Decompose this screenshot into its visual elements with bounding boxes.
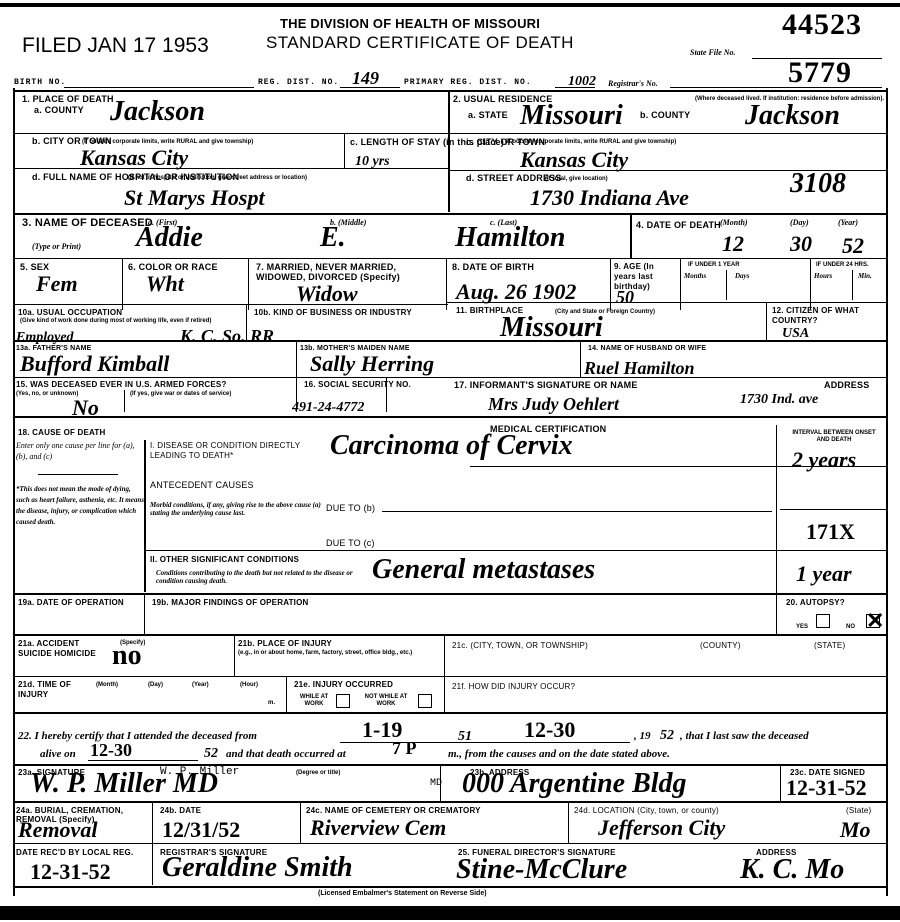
not-at-work-checkbox[interactable] bbox=[418, 694, 432, 708]
death-city: Kansas City bbox=[80, 146, 188, 170]
race: Wht bbox=[146, 272, 184, 296]
occupation-label: 10a. USUAL OCCUPATION bbox=[18, 308, 122, 318]
injury-state-label: (STATE) bbox=[814, 641, 845, 651]
residence-city-note: (If outside corporate limits, write RURA… bbox=[505, 139, 676, 146]
informant-label: 17. INFORMANT'S SIGNATURE OR NAME bbox=[454, 380, 638, 390]
autopsy-label: 20. AUTOPSY? bbox=[786, 598, 845, 608]
autopsy-no-label: NO bbox=[846, 624, 855, 631]
months-label: Months bbox=[684, 272, 706, 281]
citizen: USA bbox=[782, 322, 809, 346]
under-24-hrs-label: IF UNDER 24 HRS. bbox=[816, 262, 869, 269]
not-at-work-label: NOT WHILE AT WORK bbox=[360, 694, 412, 708]
certify-line-2b: and that death occurred at bbox=[226, 748, 346, 760]
residence-city: Kansas City bbox=[520, 148, 628, 172]
other-conditions: General metastases bbox=[372, 558, 595, 582]
burial-location: Jefferson City bbox=[598, 816, 725, 840]
agency-title: THE DIVISION OF HEALTH OF MISSOURI bbox=[280, 16, 540, 31]
reg-dist-no-label: REG. DIST. NO. bbox=[258, 78, 339, 87]
death-year: 52 bbox=[842, 234, 864, 258]
typed-degree: MD bbox=[430, 778, 442, 789]
place-of-death-label: 1. PLACE OF DEATH bbox=[22, 94, 114, 104]
father-name: Bufford Kimball bbox=[20, 352, 169, 376]
date-recd: 12-31-52 bbox=[30, 860, 111, 884]
death-county: Jackson bbox=[110, 100, 205, 124]
informant-name: Mrs Judy Oehlert bbox=[488, 392, 619, 416]
death-day: 30 bbox=[790, 232, 812, 256]
armed-forces-label: 15. WAS DECEASED EVER IN U.S. ARMED FORC… bbox=[16, 380, 227, 390]
at-work-checkbox[interactable] bbox=[336, 694, 350, 708]
alive-year: 52 bbox=[204, 742, 218, 766]
certify-line-1a: 22. I hereby certify that I attended the… bbox=[18, 730, 257, 742]
certify-line-1c: , that I last saw the deceased bbox=[680, 730, 809, 742]
registrars-no-label: Registrar's No. bbox=[608, 79, 658, 88]
accident-label: 21a. ACCIDENT SUICIDE HOMICIDE bbox=[18, 639, 98, 659]
residence-street-note: (If rural, give location) bbox=[545, 176, 608, 183]
date-of-death-label: 4. DATE OF DEATH bbox=[636, 220, 721, 230]
frame-right bbox=[886, 88, 888, 896]
last-name: Hamilton bbox=[455, 226, 565, 250]
length-of-stay: 10 yrs bbox=[355, 150, 390, 174]
other-conditions-label: II. OTHER SIGNIFICANT CONDITIONS bbox=[150, 555, 299, 565]
cause-of-death-label: 18. CAUSE OF DEATH bbox=[18, 428, 105, 438]
page-title: STANDARD CERTIFICATE OF DEATH bbox=[266, 33, 574, 53]
residence-margin-note: 3108 bbox=[790, 172, 846, 196]
birthplace: Missouri bbox=[500, 316, 603, 340]
mother-name: Sally Herring bbox=[310, 352, 434, 376]
funeral-address: K. C. Mo bbox=[740, 858, 844, 882]
hospital-note: (If not in hospital or institution, give… bbox=[128, 175, 307, 182]
time-of-injury-label: 21d. TIME OF INJURY bbox=[18, 680, 78, 700]
attended-from-year: 51 bbox=[458, 725, 472, 749]
date-signed: 12-31-52 bbox=[786, 776, 867, 800]
due-to-c-label: DUE TO (c) bbox=[326, 538, 375, 548]
cemetery-name: Riverview Cem bbox=[310, 816, 446, 840]
operation-date-label: 19a. DATE OF OPERATION bbox=[18, 598, 124, 608]
antecedent-label: ANTECEDENT CAUSES bbox=[150, 480, 254, 490]
interval-label: INTERVAL BETWEEN ONSET AND DEATH bbox=[786, 430, 882, 444]
injury-hour-label: (Hour) bbox=[240, 682, 258, 689]
disease-label: I. DISEASE OR CONDITION DIRECTLY LEADING… bbox=[150, 441, 320, 461]
alive-date: 12-30 bbox=[90, 738, 132, 762]
name-of-deceased-label: 3. NAME OF DECEASED bbox=[22, 218, 153, 228]
degree-label: (Degree or title) bbox=[296, 770, 340, 777]
spouse-label: 14. NAME OF HUSBAND OR WIFE bbox=[588, 344, 706, 354]
informant-address-label: ADDRESS bbox=[824, 380, 869, 390]
cause-instructions: Enter only one cause per line for (a), (… bbox=[16, 440, 142, 462]
physician-address: 000 Argentine Bldg bbox=[462, 772, 687, 796]
accident-type: no bbox=[112, 644, 142, 668]
min-label: Min. bbox=[858, 272, 872, 281]
autopsy-yes-label: YES bbox=[796, 624, 808, 631]
other-interval: 1 year bbox=[796, 562, 852, 586]
frame-left bbox=[13, 88, 15, 896]
footer-note: (Licensed Embalmer's Statement on Revers… bbox=[318, 890, 487, 897]
physician-signature: W. P. Miller MD bbox=[30, 772, 218, 796]
injury-month-label: (Month) bbox=[96, 682, 118, 689]
disease-interval: 2 years bbox=[792, 448, 856, 472]
death-county-label: a. COUNTY bbox=[34, 105, 84, 115]
residence-state-label: a. STATE bbox=[468, 110, 508, 120]
injury-year-label: (Year) bbox=[192, 682, 209, 689]
registrars-number: 5779 bbox=[788, 56, 852, 90]
bottom-border bbox=[0, 906, 900, 920]
due-to-b-label: DUE TO (b) bbox=[326, 503, 375, 513]
residence-county-label: b. COUNTY bbox=[640, 110, 690, 120]
primary-reg-dist-no-label: PRIMARY REG. DIST. NO. bbox=[404, 78, 532, 87]
filed-stamp: FILED JAN 17 1953 bbox=[22, 34, 209, 58]
operation-findings-label: 19b. MAJOR FINDINGS OF OPERATION bbox=[152, 598, 309, 608]
death-time: 7 P bbox=[392, 736, 417, 760]
burial-date: 12/31/52 bbox=[162, 818, 240, 842]
burial-state-label: (State) bbox=[846, 806, 871, 816]
burial-date-label: 24b. DATE bbox=[160, 806, 201, 816]
marital-status: Widow bbox=[296, 282, 358, 306]
business-label: 10b. KIND OF BUSINESS OR INDUSTRY bbox=[254, 308, 444, 318]
autopsy-no-check-mark-icon: ✕ bbox=[866, 611, 884, 631]
other-conditions-note: Conditions contributing to the death but… bbox=[156, 569, 366, 585]
burial-type: Removal bbox=[18, 818, 97, 842]
top-border bbox=[0, 3, 900, 7]
injury-city-label: 21c. (CITY, TOWN, OR TOWNSHIP) bbox=[452, 641, 588, 651]
marital-status-label: 7. MARRIED, NEVER MARRIED, WIDOWED, DIVO… bbox=[256, 262, 446, 282]
residence-state: Missouri bbox=[520, 104, 623, 128]
date-recd-label: DATE REC'D BY LOCAL REG. bbox=[16, 848, 148, 858]
death-month: 12 bbox=[722, 232, 744, 256]
attended-to-year: 52 bbox=[660, 724, 674, 748]
sex: Fem bbox=[36, 272, 78, 296]
injury-place-note: (e.g., in or about home, farm, factory, … bbox=[238, 650, 438, 657]
due-to-c-interval: 171X bbox=[806, 520, 855, 544]
informant-address: 1730 Ind. ave bbox=[740, 388, 818, 412]
death-certificate: FILED JAN 17 1953 THE DIVISION OF HEALTH… bbox=[0, 0, 900, 922]
armed-forces-note-2: (If yes, give war or dates of service) bbox=[130, 391, 231, 398]
name-sub-label: (Type or Print) bbox=[32, 242, 81, 251]
age: 50 bbox=[616, 285, 634, 309]
registrar-signature: Geraldine Smith bbox=[162, 856, 353, 880]
at-work-label: WHILE AT WORK bbox=[296, 694, 332, 708]
dob: Aug. 26 1902 bbox=[456, 280, 576, 304]
hours-label: Hours bbox=[814, 272, 832, 281]
cause-footnote: *This does not mean the mode of dying, s… bbox=[16, 484, 144, 528]
ssn-label: 16. SOCIAL SECURITY NO. bbox=[304, 380, 411, 390]
birth-no-label: BIRTH NO. bbox=[14, 78, 66, 87]
death-day-label: (Day) bbox=[790, 218, 809, 227]
death-month-label: (Month) bbox=[720, 218, 748, 227]
injury-place-label: 21b. PLACE OF INJURY bbox=[238, 639, 332, 649]
how-injury-label: 21f. HOW DID INJURY OCCUR? bbox=[452, 682, 575, 692]
injury-m-label: m. bbox=[268, 700, 275, 707]
certify-line-2c: m., from the causes and on the date stat… bbox=[448, 748, 670, 760]
certify-line-1b: , 19 bbox=[634, 730, 651, 742]
funeral-director: Stine-McClure bbox=[456, 858, 627, 882]
injury-occurred-label: 21e. INJURY OCCURRED bbox=[294, 680, 393, 690]
hospital-name: St Marys Hospt bbox=[124, 186, 265, 210]
middle-name: E. bbox=[320, 226, 346, 250]
armed-forces-note-1: (Yes, no, or unknown) bbox=[16, 391, 78, 398]
injury-county-label: (COUNTY) bbox=[700, 641, 741, 651]
business: K. C. So. RR bbox=[180, 324, 274, 348]
first-name: Addie bbox=[136, 226, 203, 250]
disease: Carcinoma of Cervix bbox=[330, 434, 573, 458]
death-year-label: (Year) bbox=[838, 218, 858, 227]
state-file-number: 44523 bbox=[782, 8, 862, 42]
burial-location-state: Mo bbox=[840, 818, 871, 842]
residence-county: Jackson bbox=[745, 104, 840, 128]
injury-day-label: (Day) bbox=[148, 682, 163, 689]
certify-line-2a: alive on bbox=[40, 748, 76, 760]
state-file-no-label: State File No. bbox=[690, 48, 736, 57]
days-label: Days bbox=[735, 272, 749, 281]
residence-street: 1730 Indiana Ave bbox=[530, 186, 689, 210]
attended-to-date: 12-30 bbox=[524, 718, 575, 742]
under-1-year-label: IF UNDER 1 YEAR bbox=[688, 262, 740, 269]
dob-label: 8. DATE OF BIRTH bbox=[452, 262, 534, 272]
antecedent-note: Morbid conditions, if any, giving rise t… bbox=[150, 501, 324, 517]
autopsy-yes-checkbox[interactable] bbox=[816, 614, 830, 628]
